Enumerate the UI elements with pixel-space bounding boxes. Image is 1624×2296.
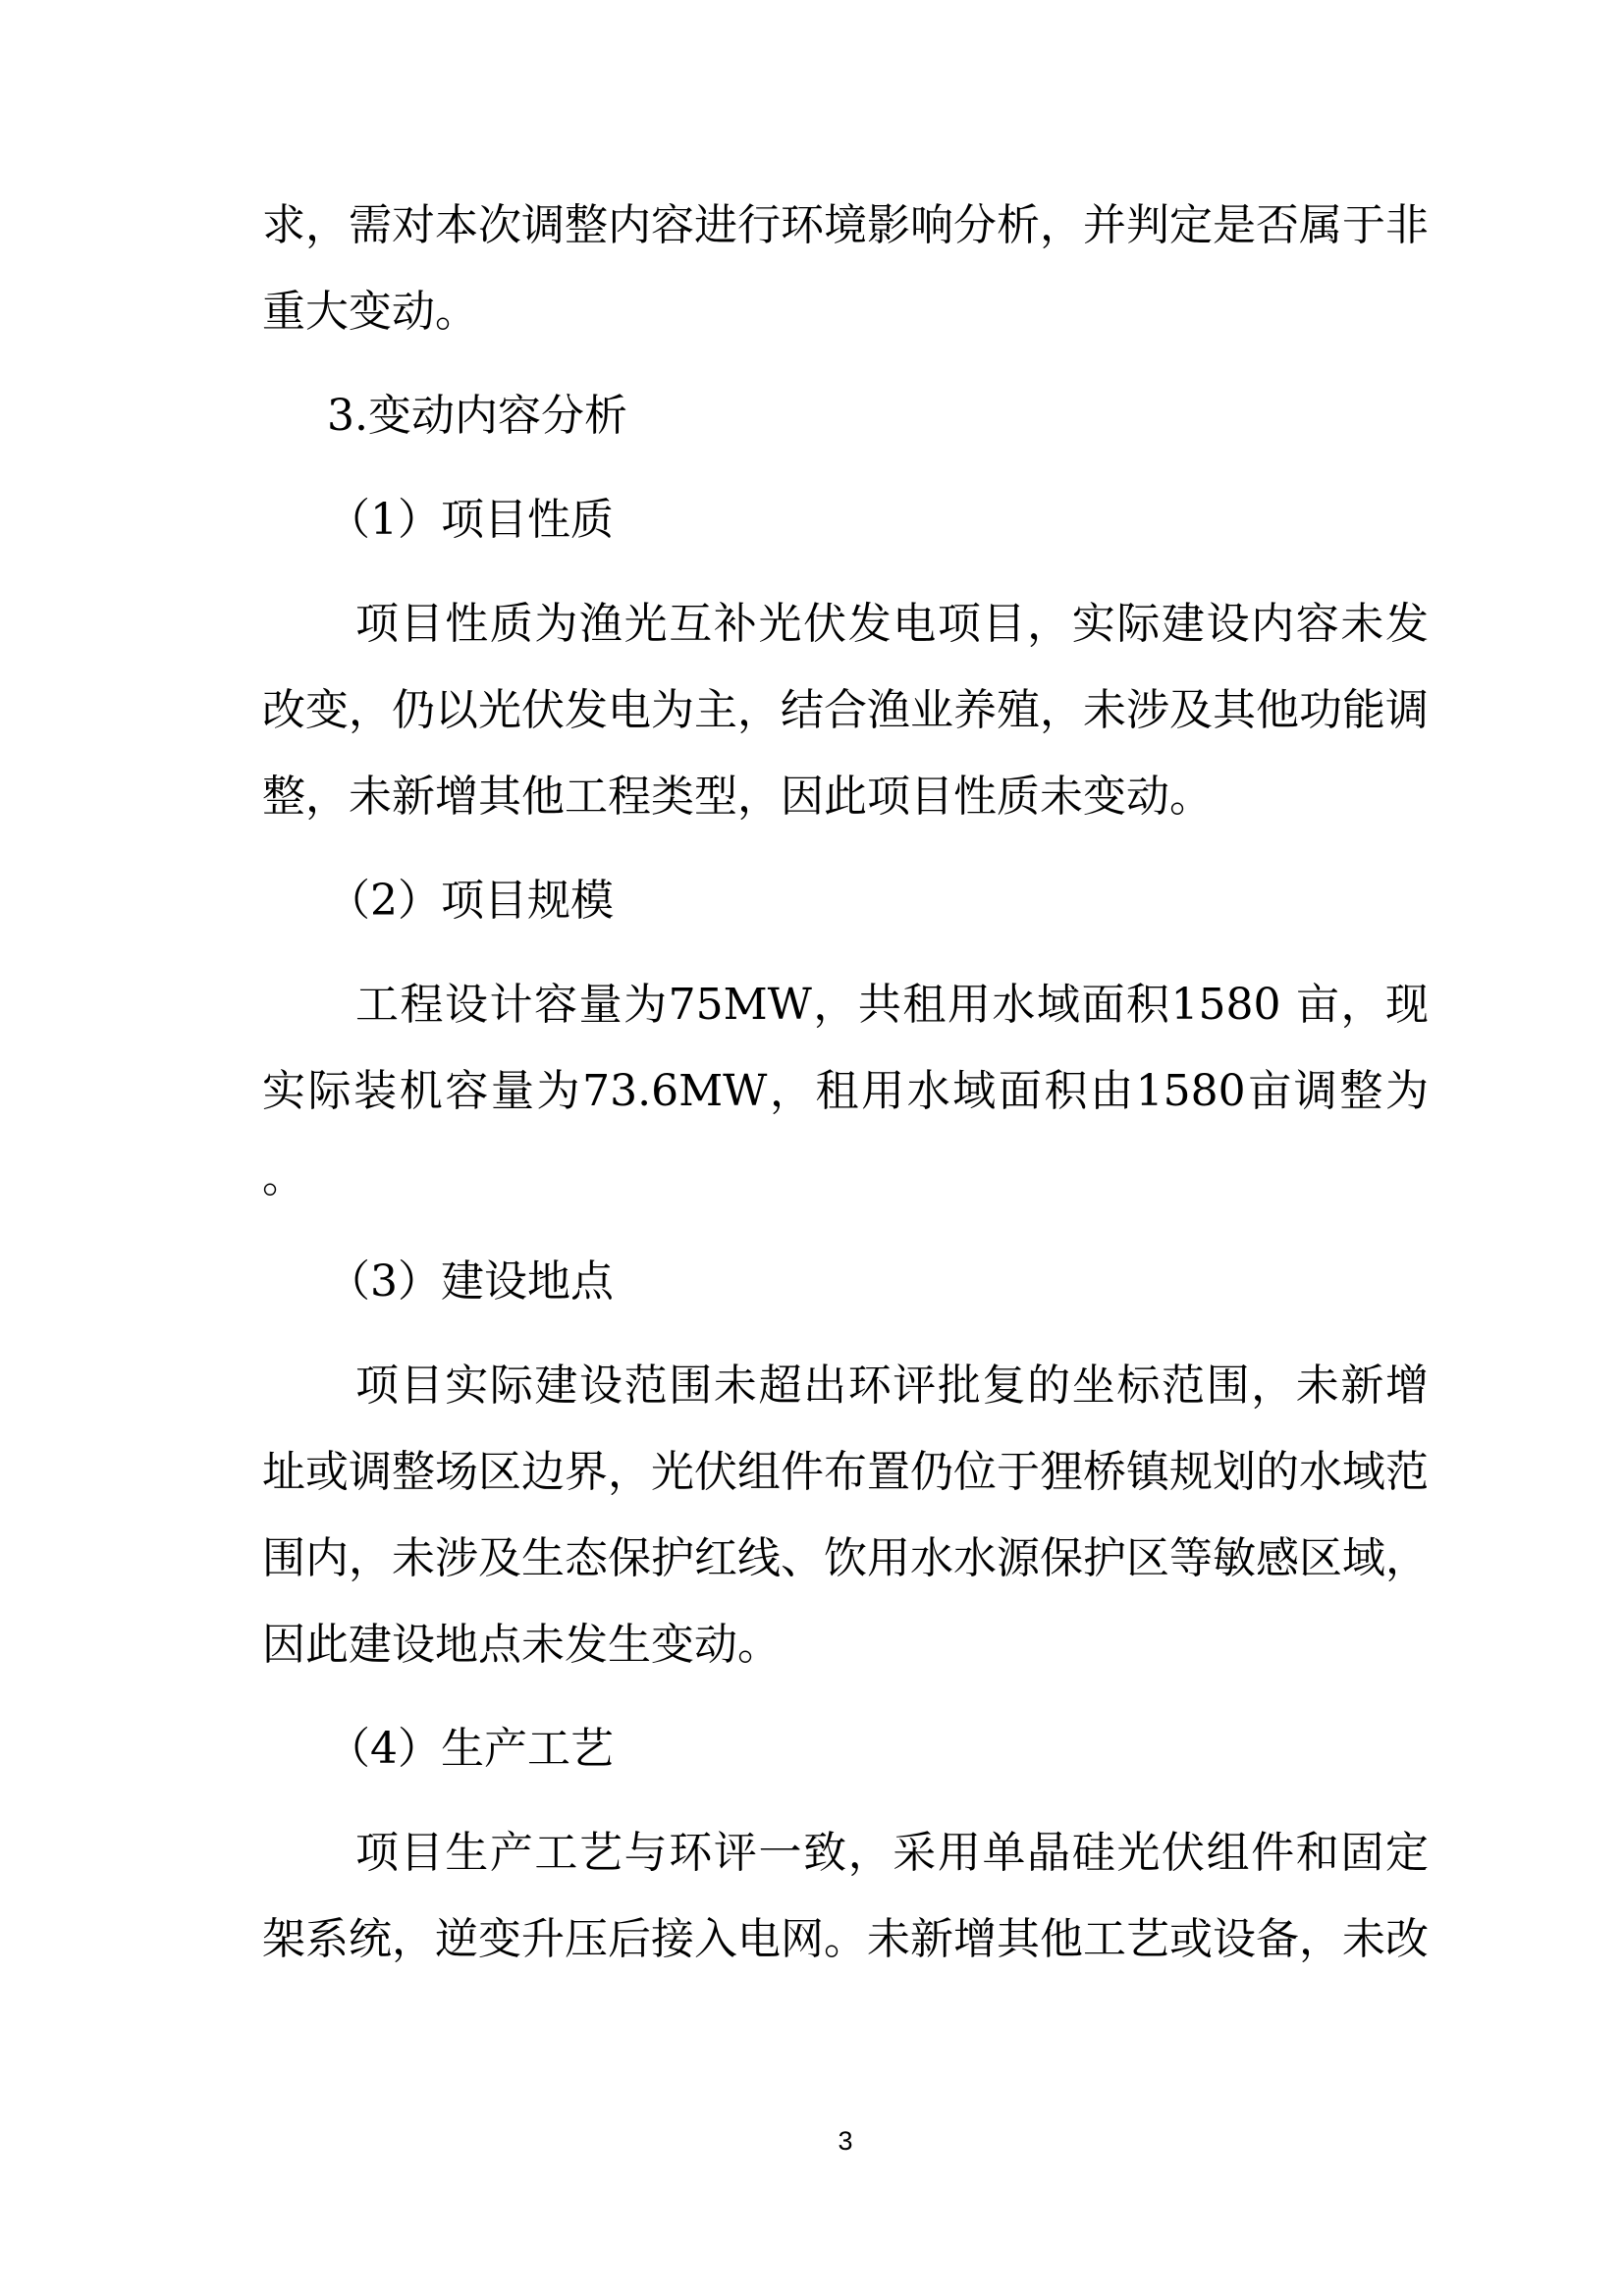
text-line: 架系统，逆变升压后接入电网。未新增其他工艺或设备，未改 [262, 1896, 1429, 1983]
text-line: （4）生产工艺 [262, 1706, 1429, 1792]
text-line: （3）建设地点 [262, 1239, 1429, 1325]
text-line: 3.变动内容分析 [262, 373, 1429, 459]
text-line: 址或调整场区边界，光伏组件布置仍位于狸桥镇规划的水域范 [262, 1429, 1429, 1516]
text-line: 项目性质为渔光互补光伏发电项目，实际建设内容未发生 [262, 581, 1429, 667]
paragraph: 求，需对本次调整内容进行环境影响分析，并判定是否属于非重大变动。 [262, 183, 1429, 355]
text-line: （2）项目规模 [262, 858, 1429, 944]
text-line: 重大变动。 [262, 269, 1429, 355]
text-line: （1）项目性质 [262, 477, 1429, 563]
text-line: 项目实际建设范围未超出环评批复的坐标范围，未新增场 [262, 1343, 1429, 1429]
text-line: 因此建设地点未发生变动。 [262, 1602, 1429, 1688]
section-heading: （3）建设地点 [262, 1239, 1429, 1325]
text-line: 改变，仍以光伏发电为主，结合渔业养殖，未涉及其他功能调 [262, 667, 1429, 754]
paragraph: 工程设计容量为75MW，共租用水域面积1580 亩，现调整后实际装机容量为73.… [262, 962, 1429, 1221]
text-line: 。 [262, 1135, 1429, 1221]
document-page: 求，需对本次调整内容进行环境影响分析，并判定是否属于非重大变动。3.变动内容分析… [0, 0, 1624, 2296]
paragraph: 项目实际建设范围未超出环评批复的坐标范围，未新增场址或调整场区边界，光伏组件布置… [262, 1343, 1429, 1688]
text-line: 围内，未涉及生态保护红线、饮用水水源保护区等敏感区域， [262, 1516, 1429, 1602]
section-heading: （4）生产工艺 [262, 1706, 1429, 1792]
section-heading: （2）项目规模 [262, 858, 1429, 944]
text-line: 整，未新增其他工程类型，因此项目性质未变动。 [262, 754, 1429, 840]
paragraph: 项目生产工艺与环评一致，采用单晶硅光伏组件和固定支架系统，逆变升压后接入电网。未… [262, 1810, 1429, 1983]
page-number: 3 [262, 2124, 1429, 2158]
text-line: 工程设计容量为75MW，共租用水域面积1580 亩，现调整后 [262, 962, 1429, 1048]
text-line: 项目生产工艺与环评一致，采用单晶硅光伏组件和固定支 [262, 1810, 1429, 1896]
paragraph: 项目性质为渔光互补光伏发电项目，实际建设内容未发生改变，仍以光伏发电为主，结合渔… [262, 581, 1429, 840]
document-body: 求，需对本次调整内容进行环境影响分析，并判定是否属于非重大变动。3.变动内容分析… [262, 183, 1429, 1983]
text-line: 实际装机容量为73.6MW，租用水域面积由1580亩调整为1520 亩 [262, 1048, 1429, 1135]
text-line: 求，需对本次调整内容进行环境影响分析，并判定是否属于非 [262, 183, 1429, 269]
section-heading: （1）项目性质 [262, 477, 1429, 563]
section-heading: 3.变动内容分析 [262, 373, 1429, 459]
